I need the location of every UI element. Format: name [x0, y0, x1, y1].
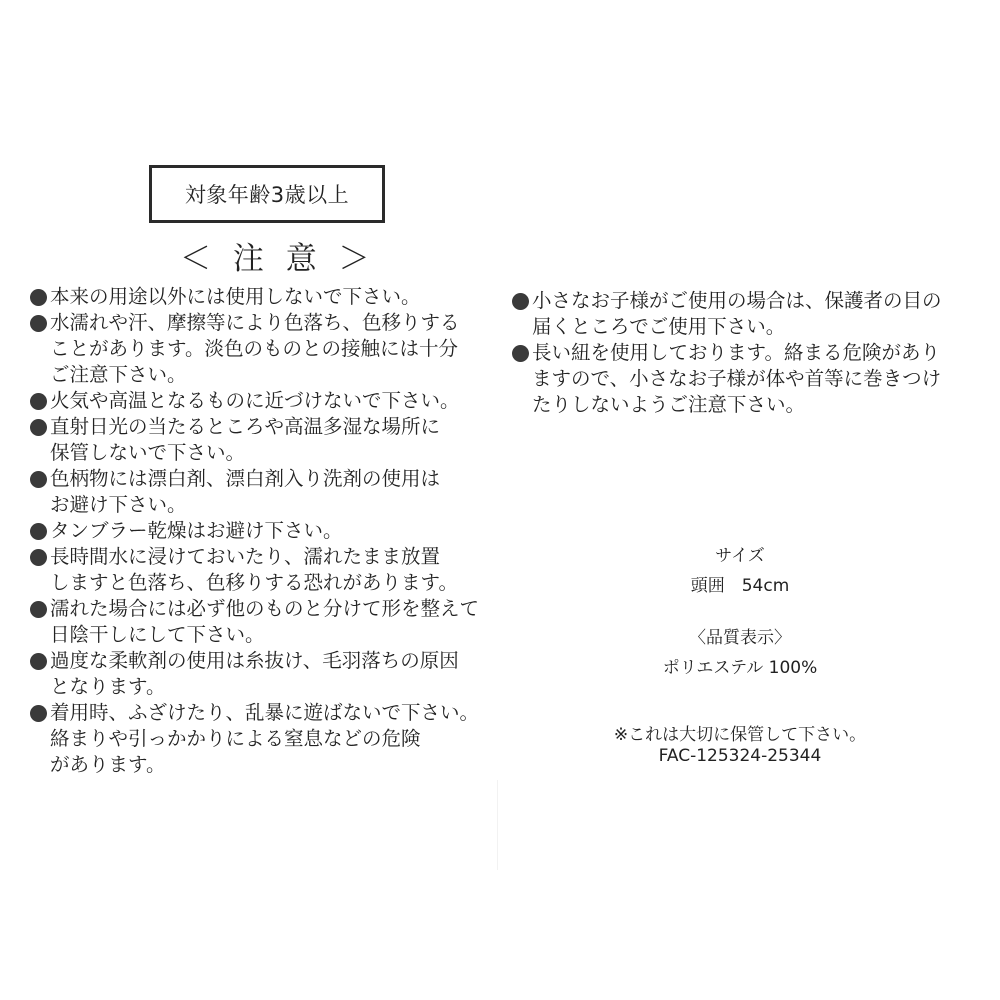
caution-text-line: 火気や高温となるものに近づけないで下さい。	[50, 388, 500, 414]
bullet-icon	[512, 293, 529, 310]
caution-item: 色柄物には漂白剤、漂白剤入り洗剤の使用はお避け下さい。	[30, 466, 500, 518]
target-age-box: 対象年齢3歳以上	[149, 165, 385, 223]
caution-item: 長い紐を使用しております。絡まる危険がありますので、小さなお子様が体や首等に巻き…	[512, 340, 982, 418]
caution-item: 着用時、ふざけたり、乱暴に遊ばないで下さい。絡まりや引っかかりによる窒息などの危…	[30, 700, 500, 778]
caution-item: 火気や高温となるものに近づけないで下さい。	[30, 388, 500, 414]
quality-value: ポリエステル 100%	[560, 653, 920, 678]
caution-text-line: しますと色落ち、色移りする恐れがあります。	[50, 570, 500, 596]
bullet-icon	[30, 653, 47, 670]
caution-text-line: タンブラー乾燥はお避け下さい。	[50, 518, 500, 544]
quality-label: 〈品質表示〉	[560, 623, 920, 648]
bullet-icon	[30, 549, 47, 566]
caution-item: 長時間水に浸けておいたり、濡れたまま放置しますと色落ち、色移りする恐れがあります…	[30, 544, 500, 596]
caution-list-left: 本来の用途以外には使用しないで下さい。水濡れや汗、摩擦等により色落ち、色移りする…	[30, 284, 500, 778]
size-label: サイズ	[560, 541, 920, 566]
caution-text-line: となります。	[50, 674, 500, 700]
target-age-label: 対象年齢3歳以上	[185, 179, 349, 209]
keep-notice: ※これは大切に保管して下さい。	[560, 720, 920, 745]
caution-text-line: 過度な柔軟剤の使用は糸抜け、毛羽落ちの原因	[50, 648, 500, 674]
caution-item: 小さなお子様がご使用の場合は、保護者の目の届くところでご使用下さい。	[512, 288, 982, 340]
caution-text-line: 保管しないで下さい。	[50, 440, 500, 466]
caution-item: タンブラー乾燥はお避け下さい。	[30, 518, 500, 544]
bullet-icon	[30, 393, 47, 410]
caution-text-line: 水濡れや汗、摩擦等により色落ち、色移りする	[50, 310, 500, 336]
caution-text-line: お避け下さい。	[50, 492, 500, 518]
caution-text-line: があります。	[50, 752, 500, 778]
size-value: 頭囲 54cm	[560, 571, 920, 596]
bullet-icon	[30, 419, 47, 436]
caution-text-line: 色柄物には漂白剤、漂白剤入り洗剤の使用は	[50, 466, 500, 492]
product-code: FAC-125324-25344	[560, 746, 920, 766]
caution-heading: ＜ 注 意 ＞	[180, 233, 340, 278]
bullet-icon	[30, 289, 47, 306]
caution-text-line: 濡れた場合には必ず他のものと分けて形を整えて	[50, 596, 500, 622]
caution-list-right: 小さなお子様がご使用の場合は、保護者の目の届くところでご使用下さい。長い紐を使用…	[512, 288, 982, 418]
caution-text-line: 日陰干しにして下さい。	[50, 622, 500, 648]
bullet-icon	[30, 601, 47, 618]
caution-item: 直射日光の当たるところや高温多湿な場所に保管しないで下さい。	[30, 414, 500, 466]
caution-text-line: 届くところでご使用下さい。	[532, 314, 982, 340]
caution-text-line: ご注意下さい。	[50, 362, 500, 388]
caution-text-line: 長い紐を使用しております。絡まる危険があり	[532, 340, 982, 366]
bullet-icon	[30, 315, 47, 332]
bullet-icon	[30, 523, 47, 540]
caution-text-line: たりしないようご注意下さい。	[532, 392, 982, 418]
bullet-icon	[30, 705, 47, 722]
caution-text-line: 着用時、ふざけたり、乱暴に遊ばないで下さい。	[50, 700, 500, 726]
caution-text-line: ことがあります。淡色のものとの接触には十分	[50, 336, 500, 362]
caution-item: 水濡れや汗、摩擦等により色落ち、色移りすることがあります。淡色のものとの接触には…	[30, 310, 500, 388]
caution-text-line: 本来の用途以外には使用しないで下さい。	[50, 284, 500, 310]
caution-item: 濡れた場合には必ず他のものと分けて形を整えて日陰干しにして下さい。	[30, 596, 500, 648]
caution-item: 過度な柔軟剤の使用は糸抜け、毛羽落ちの原因となります。	[30, 648, 500, 700]
caution-text-line: 小さなお子様がご使用の場合は、保護者の目の	[532, 288, 982, 314]
caution-text-line: 絡まりや引っかかりによる窒息などの危険	[50, 726, 500, 752]
caution-item: 本来の用途以外には使用しないで下さい。	[30, 284, 500, 310]
caution-text-line: 長時間水に浸けておいたり、濡れたまま放置	[50, 544, 500, 570]
bullet-icon	[512, 345, 529, 362]
caution-text-line: 直射日光の当たるところや高温多湿な場所に	[50, 414, 500, 440]
bullet-icon	[30, 471, 47, 488]
fold-divider	[497, 780, 498, 870]
caution-text-line: ますので、小さなお子様が体や首等に巻きつけ	[532, 366, 982, 392]
